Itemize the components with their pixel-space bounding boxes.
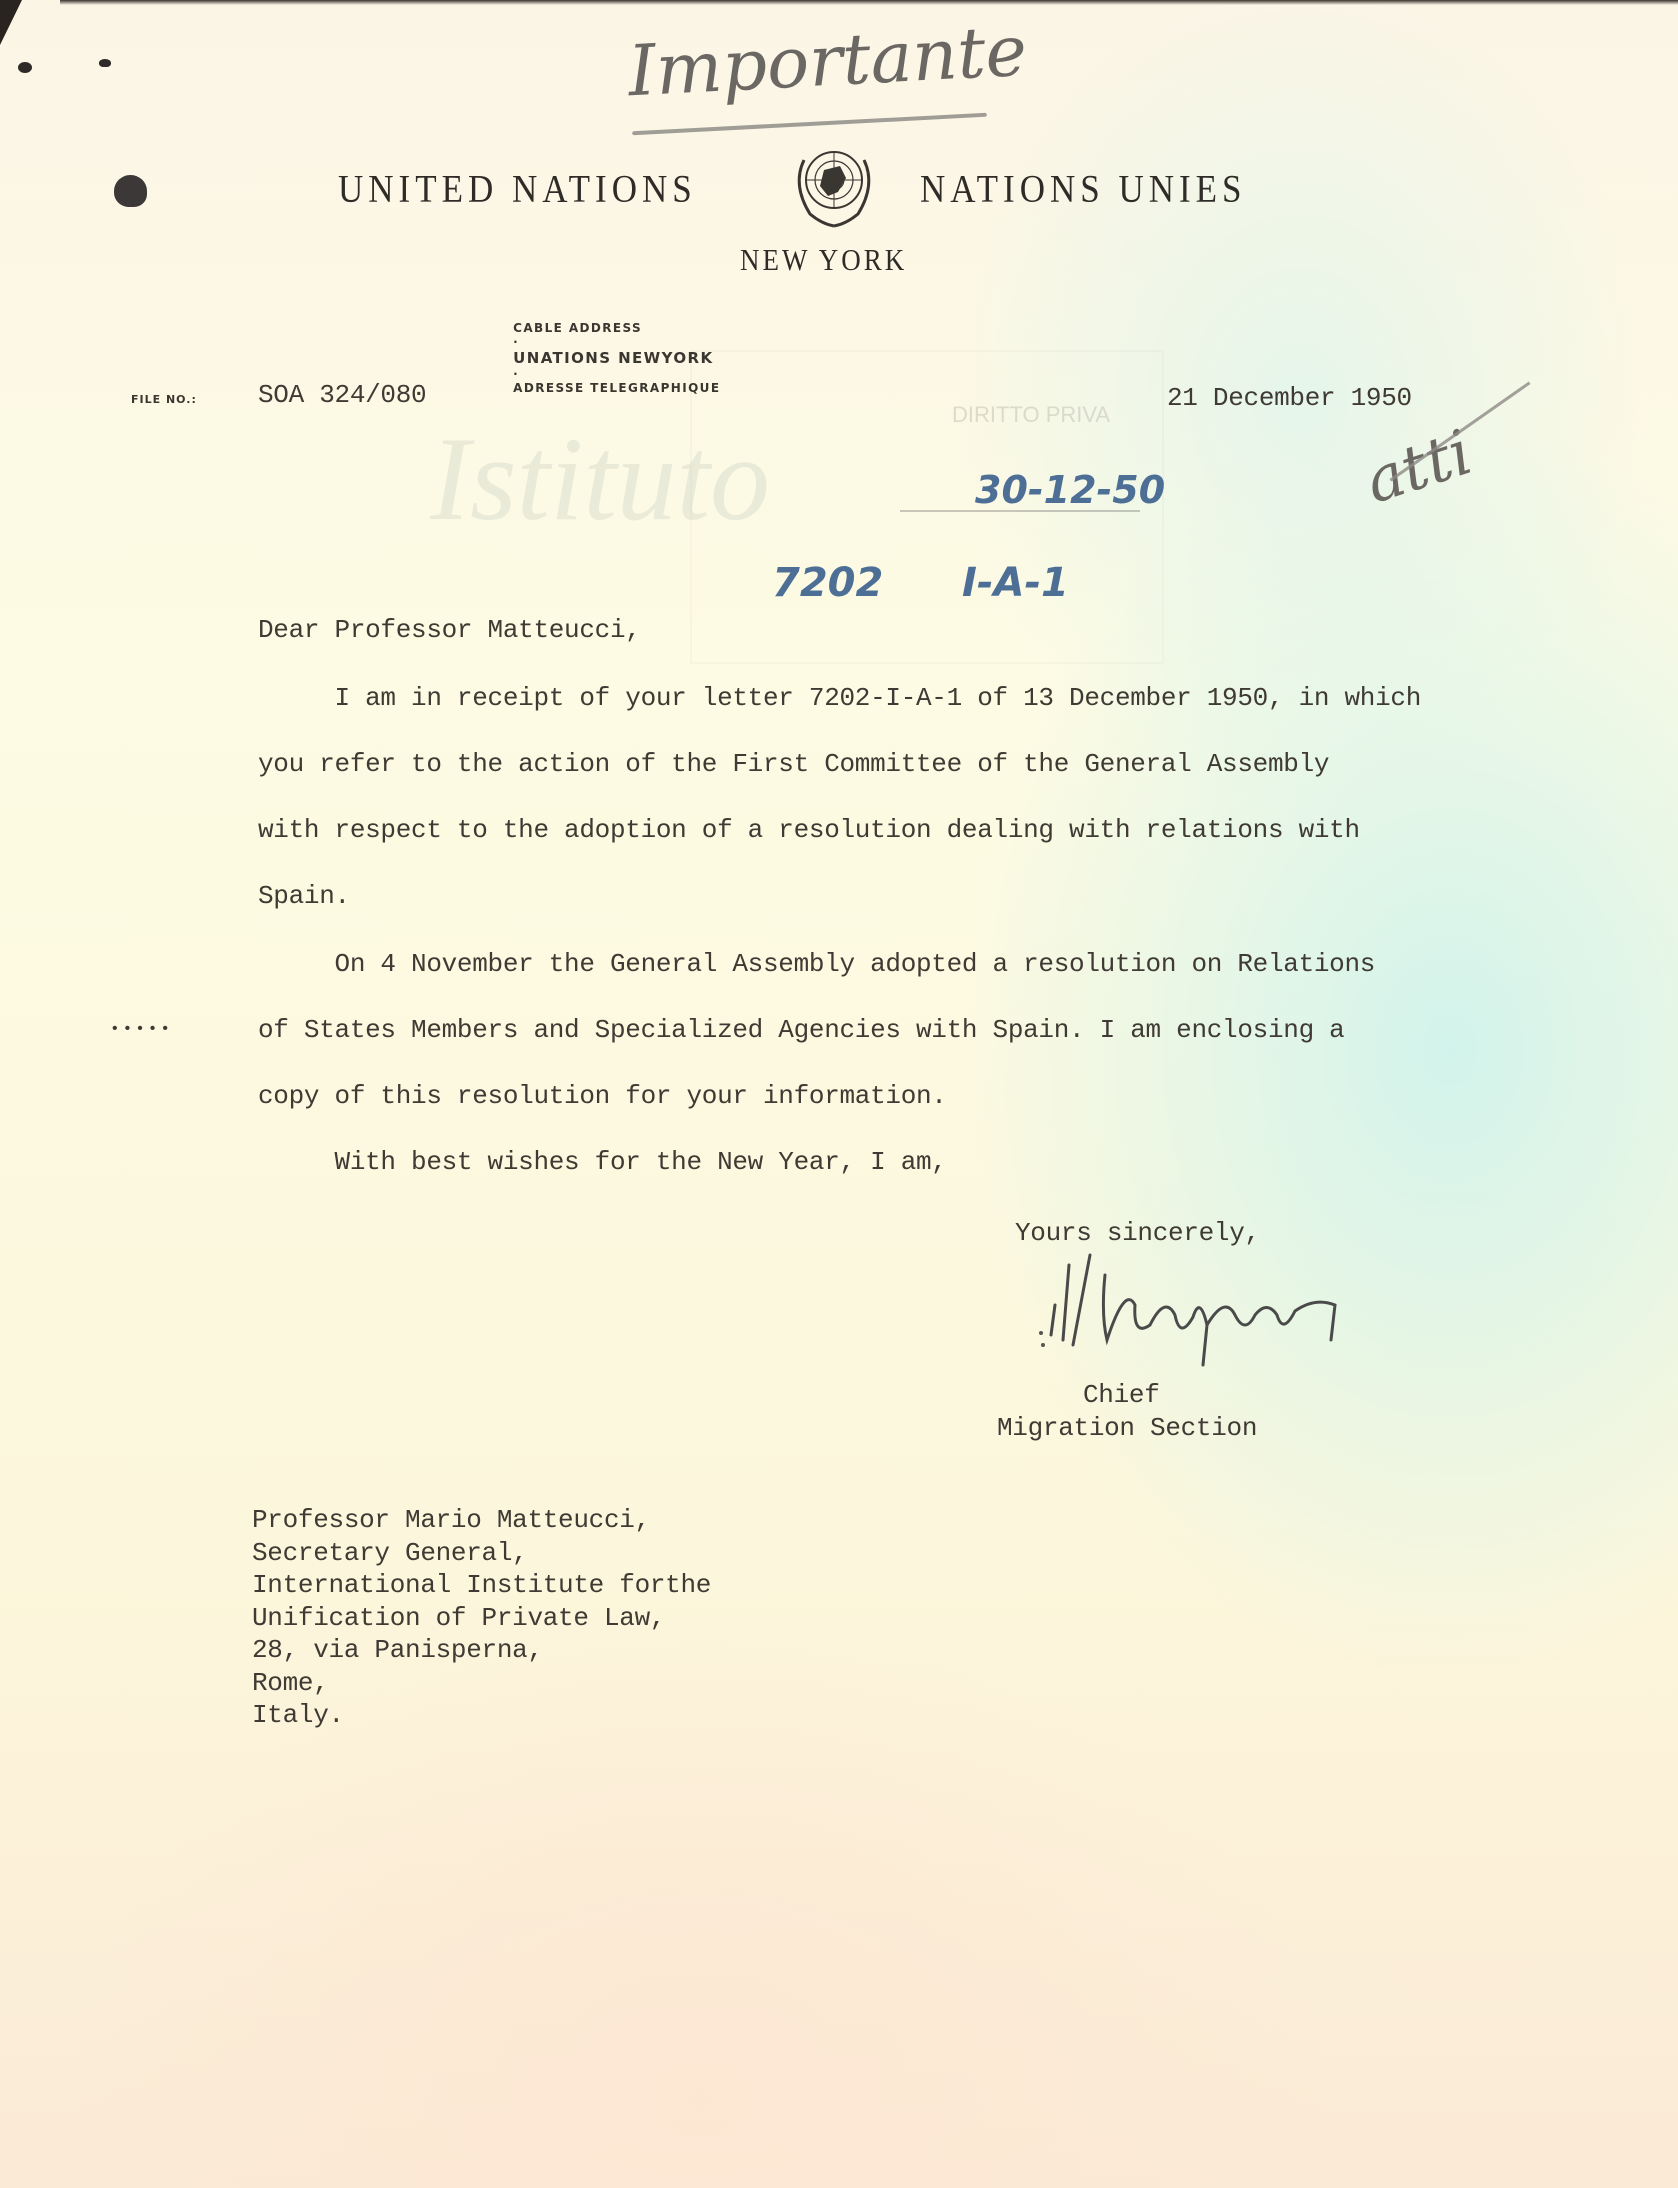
signatory-section: Migration Section	[997, 1413, 1257, 1443]
letterhead-cable-line: CABLE ADDRESS · UNATIONS NEWYORK · ADRES…	[502, 307, 720, 395]
address-line: Professor Mario Matteucci,	[252, 1505, 711, 1538]
letter-date: 21 December 1950	[1167, 383, 1412, 413]
recipient-address: Professor Mario Matteucci, Secretary Gen…	[252, 1505, 711, 1733]
received-date-annotation: 30-12-50	[975, 468, 1165, 512]
letterhead-city: NEW YORK	[740, 243, 907, 278]
un-emblem-icon	[784, 140, 884, 232]
body-line: you refer to the action of the First Com…	[258, 749, 1421, 815]
signatory-title: Chief	[1083, 1380, 1160, 1410]
ink-blot	[114, 175, 147, 207]
punch-hole-speck	[99, 59, 111, 67]
enclosure-margin-mark: •••••	[110, 1020, 173, 1038]
letterhead-org-fr: NATIONS UNIES	[920, 167, 1247, 212]
signature-icon	[1015, 1245, 1355, 1375]
body-line: of States Members and Specialized Agenci…	[258, 1015, 1375, 1081]
cable-address-label: CABLE ADDRESS	[513, 321, 642, 335]
salutation: Dear Professor Matteucci,	[258, 615, 641, 645]
closing: Yours sincerely,	[1015, 1218, 1260, 1248]
punch-hole-speck	[18, 62, 32, 73]
paper-top-edge	[60, 0, 1678, 5]
reference-class-annotation: I-A-1	[962, 560, 1069, 606]
reference-number-annotation: 7202	[772, 560, 883, 606]
paragraph-3: With best wishes for the New Year, I am,	[258, 1147, 947, 1177]
address-line: Italy.	[252, 1700, 711, 1733]
body-line: Spain.	[258, 881, 1421, 947]
address-line: Unification of Private Law,	[252, 1603, 711, 1636]
file-number: SOA 324/080	[258, 380, 426, 410]
address-line: 28, via Panisperna,	[252, 1635, 711, 1668]
body-line: copy of this resolution for your informa…	[258, 1081, 1375, 1147]
address-line: Rome,	[252, 1668, 711, 1701]
paragraph-1: I am in receipt of your letter 7202-I-A-…	[258, 683, 1421, 947]
address-line: International Institute forthe	[252, 1570, 711, 1603]
letterhead-org-en: UNITED NATIONS	[338, 167, 697, 212]
cable-address: UNATIONS NEWYORK	[513, 349, 713, 367]
cable-address-label-fr: ADRESSE TELEGRAPHIQUE	[513, 381, 720, 395]
body-line: I am in receipt of your letter 7202-I-A-…	[258, 683, 1421, 749]
body-line: With best wishes for the New Year, I am,	[258, 1147, 947, 1177]
stamp-text: DIRITTO PRIVA	[952, 402, 1110, 428]
file-number-label: FILE NO.:	[131, 393, 197, 406]
body-line: On 4 November the General Assembly adopt…	[258, 949, 1375, 1015]
received-date-underline	[900, 510, 1140, 512]
address-line: Secretary General,	[252, 1538, 711, 1571]
paragraph-2: On 4 November the General Assembly adopt…	[258, 949, 1375, 1147]
body-line: with respect to the adoption of a resolu…	[258, 815, 1421, 881]
